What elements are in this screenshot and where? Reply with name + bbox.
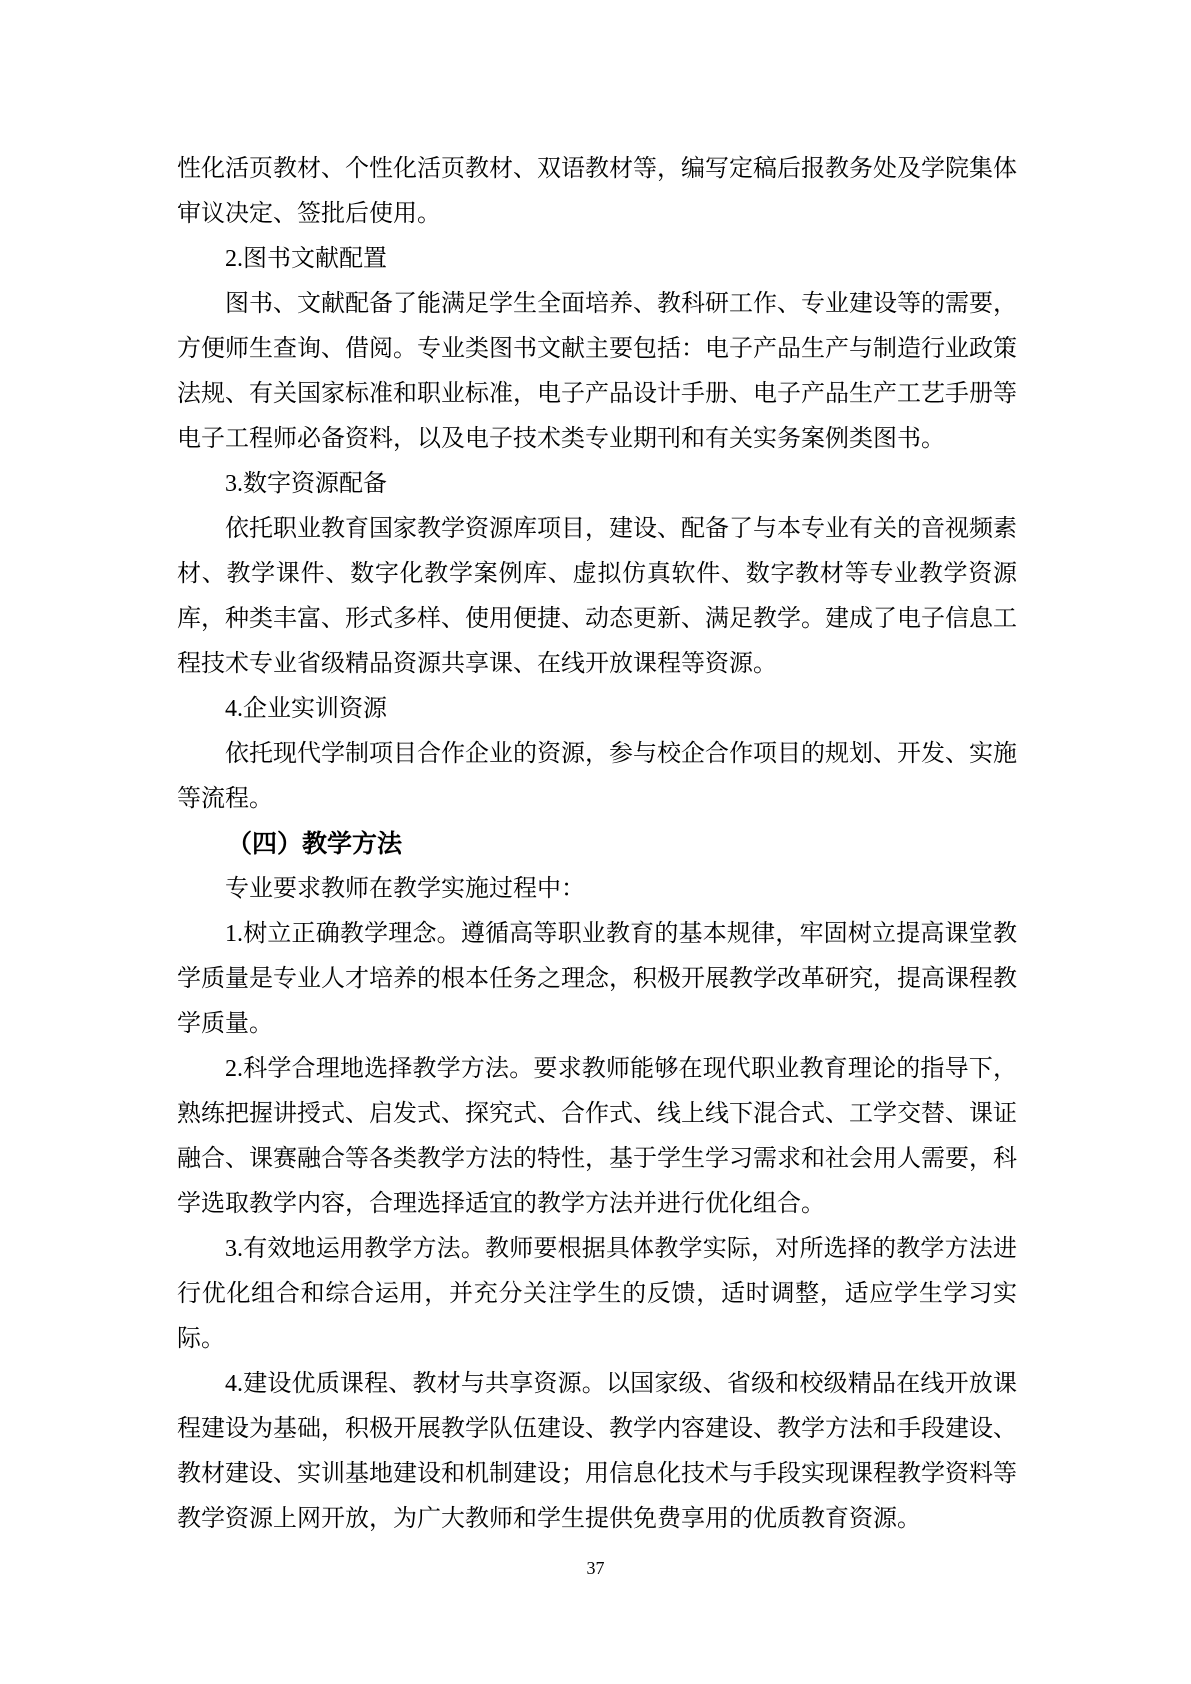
paragraph-teaching-method-selection: 2.科学合理地选择教学方法。要求教师能够在现代职业教育理论的指导下，熟练把握讲授… — [177, 1047, 1017, 1227]
paragraph-digital-resources: 依托职业教育国家教学资源库项目，建设、配备了与本专业有关的音视频素材、教学课件、… — [177, 507, 1017, 687]
paragraph-teaching-method-application: 3.有效地运用教学方法。教师要根据具体教学实际，对所选择的教学方法进行优化组合和… — [177, 1227, 1017, 1362]
paragraph-continuation: 性化活页教材、个性化活页教材、双语教材等，编写定稿后报教务处及学院集体审议决定、… — [177, 147, 1017, 237]
paragraph-teaching-intro: 专业要求教师在教学实施过程中： — [177, 867, 1017, 912]
paragraph-enterprise-training: 依托现代学制项目合作企业的资源，参与校企合作项目的规划、开发、实施等流程。 — [177, 732, 1017, 822]
numbered-item-title-enterprise-training: 4.企业实训资源 — [177, 687, 1017, 732]
document-page: 性化活页教材、个性化活页教材、双语教材等，编写定稿后报教务处及学院集体审议决定、… — [0, 0, 1191, 1684]
paragraph-teaching-concept: 1.树立正确教学理念。遵循高等职业教育的基本规律，牢固树立提高课堂教学质量是专业… — [177, 912, 1017, 1047]
section-heading-teaching-methods: （四）教学方法 — [177, 822, 1017, 867]
numbered-item-title-digital-resources: 3.数字资源配备 — [177, 462, 1017, 507]
numbered-item-title-books: 2.图书文献配置 — [177, 237, 1017, 282]
document-body: 性化活页教材、个性化活页教材、双语教材等，编写定稿后报教务处及学院集体审议决定、… — [177, 147, 1017, 1542]
paragraph-quality-courses: 4.建设优质课程、教材与共享资源。以国家级、省级和校级精品在线开放课程建设为基础… — [177, 1362, 1017, 1542]
page-number: 37 — [0, 1556, 1191, 1580]
paragraph-books-literature: 图书、文献配备了能满足学生全面培养、教科研工作、专业建设等的需要，方便师生查询、… — [177, 282, 1017, 462]
